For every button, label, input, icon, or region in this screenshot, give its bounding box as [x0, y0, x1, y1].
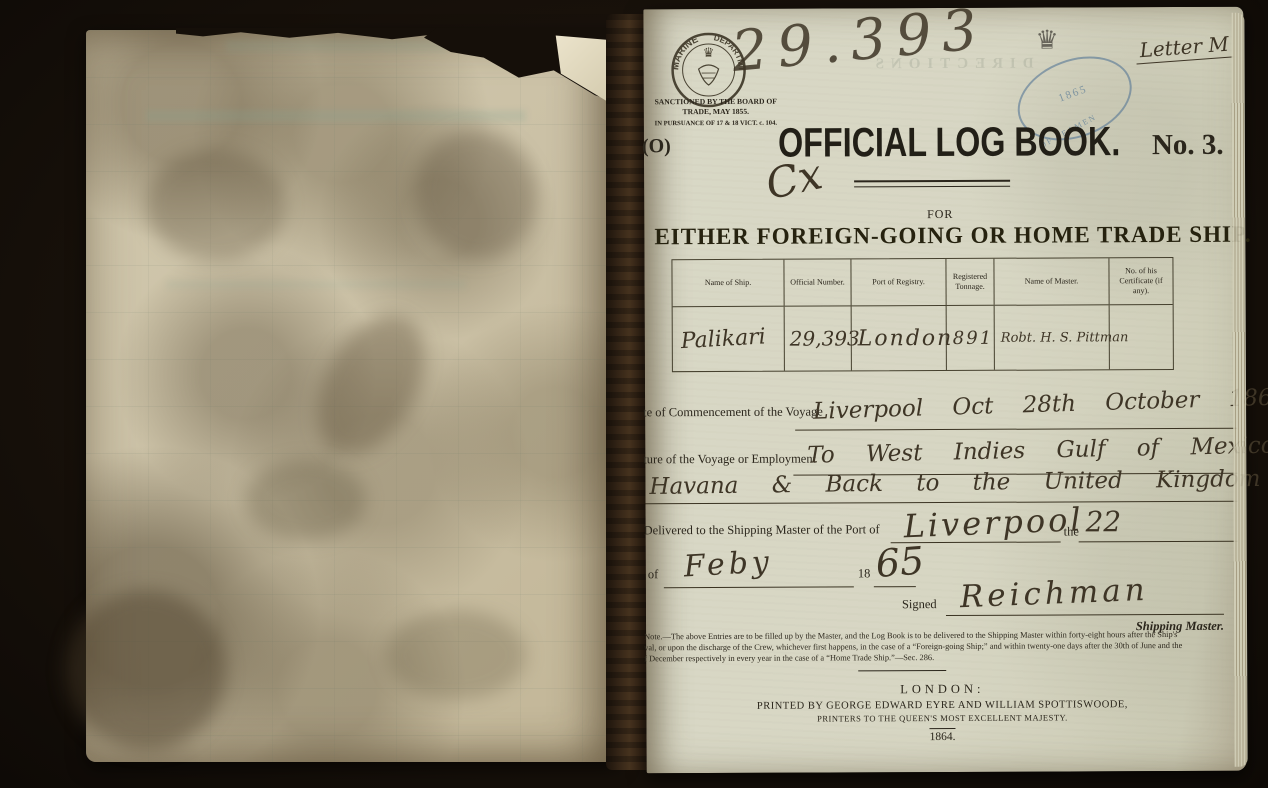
- bleed-band: [226, 40, 446, 52]
- note-line-3: f December respectively in every year in…: [644, 652, 1240, 666]
- stain: [246, 460, 366, 540]
- table-data-row: Palikari 29,393 London 891 Robt. H. S. P…: [673, 305, 1173, 371]
- stamp-date-fragment: 1865: [1017, 68, 1128, 119]
- seal-text-left: MARINE: [670, 34, 700, 71]
- delivered-port-value: Liverpool: [903, 500, 1084, 545]
- sanction-line1: SANCTIONED BY THE BOARD OF TRADE, MAY 18…: [640, 97, 792, 117]
- title-double-rule: [854, 180, 1010, 188]
- bleedthrough-directions-text: DIRECTIONS: [869, 56, 1034, 74]
- stain: [66, 590, 226, 750]
- signed-label: Signed: [902, 597, 937, 612]
- year-prefix: 18: [858, 566, 871, 581]
- delivered-day-value: 22: [1086, 505, 1122, 538]
- cell-official-number: 29,393: [784, 306, 851, 370]
- scanned-logbook-spread: MARINE DEPARTMT ♛ SANCTIONED BY THE BOAR…: [0, 0, 1268, 788]
- imprint-printer-2: PRINTERS TO THE QUEEN'S MOST EXCELLENT M…: [656, 712, 1228, 724]
- cell-master-name: Robt. H. S. Pittman: [994, 305, 1109, 370]
- delivered-label: Delivered to the Shipping Master of the …: [644, 522, 880, 538]
- seal-arms-hatching: [702, 73, 716, 78]
- col-header-port-of-registry: Port of Registry.: [850, 259, 945, 305]
- seal-arms-shield: [699, 65, 719, 85]
- year-value: 65: [874, 538, 925, 585]
- table-header-row: Name of Ship. Official Number. Port of R…: [672, 258, 1172, 307]
- nature-label: ture of the Voyage or Employment: [643, 452, 816, 468]
- seal-crown-icon: ♛: [703, 45, 715, 60]
- cell-ship-name: Palikari: [673, 307, 784, 371]
- col-header-certificate-no: No. of his Certificate (if any).: [1108, 258, 1172, 304]
- col-header-registered-tonnage: Registered Tonnage.: [945, 259, 993, 305]
- footer-divider-rule: [858, 670, 946, 671]
- crown-stamp-icon: ♛: [1035, 26, 1058, 56]
- col-header-name-of-ship: Name of Ship.: [672, 260, 783, 306]
- subtitle: EITHER FOREIGN-GOING OR HOME TRADE SHIP.: [648, 222, 1232, 252]
- ship-particulars-table: Name of Ship. Official Number. Port of R…: [671, 257, 1173, 372]
- cell-certificate-no: [1109, 305, 1173, 369]
- book-number: No. 3.: [1152, 129, 1224, 162]
- cell-port-of-registry: London: [851, 306, 946, 370]
- series-mark: (O): [642, 135, 671, 158]
- imprint-city: LONDON:: [656, 681, 1228, 698]
- left-blank-page: [86, 30, 620, 762]
- official-log-book-cover: MARINE DEPARTMT ♛ SANCTIONED BY THE BOAR…: [643, 7, 1246, 774]
- of-label: of: [648, 567, 658, 582]
- month-value: Feby: [683, 544, 774, 584]
- for-label: FOR: [654, 206, 1226, 223]
- col-header-name-of-master: Name of Master.: [993, 258, 1108, 305]
- page-title-text: OFFICIAL LOG BOOK.: [778, 120, 1120, 168]
- col-header-official-number: Official Number.: [783, 259, 850, 305]
- the-label: the: [1064, 524, 1079, 539]
- bleed-band: [166, 280, 466, 289]
- svg-text:MARINE: MARINE: [670, 34, 700, 71]
- imprint-year: 1864.: [656, 730, 1228, 744]
- handwritten-check-mark: Cx: [762, 149, 827, 209]
- stain: [146, 150, 286, 260]
- imprint-printer-1: PRINTED BY GEORGE EDWARD EYRE AND WILLIA…: [656, 699, 1228, 712]
- cell-registered-tonnage: 891: [946, 306, 994, 370]
- imprint-rule: [929, 728, 955, 729]
- note-paragraph: Note.—The above Entries are to be filled…: [644, 630, 1240, 665]
- bleed-band: [146, 110, 526, 122]
- subtitle-text: EITHER FOREIGN-GOING OR HOME TRADE SHIP.: [654, 222, 1251, 252]
- signature-value: Reichman: [959, 572, 1149, 615]
- imprint-block: LONDON: PRINTED BY GEORGE EDWARD EYRE AN…: [656, 681, 1228, 744]
- stain: [386, 610, 526, 700]
- letter-annotation: Letter M: [1135, 31, 1234, 64]
